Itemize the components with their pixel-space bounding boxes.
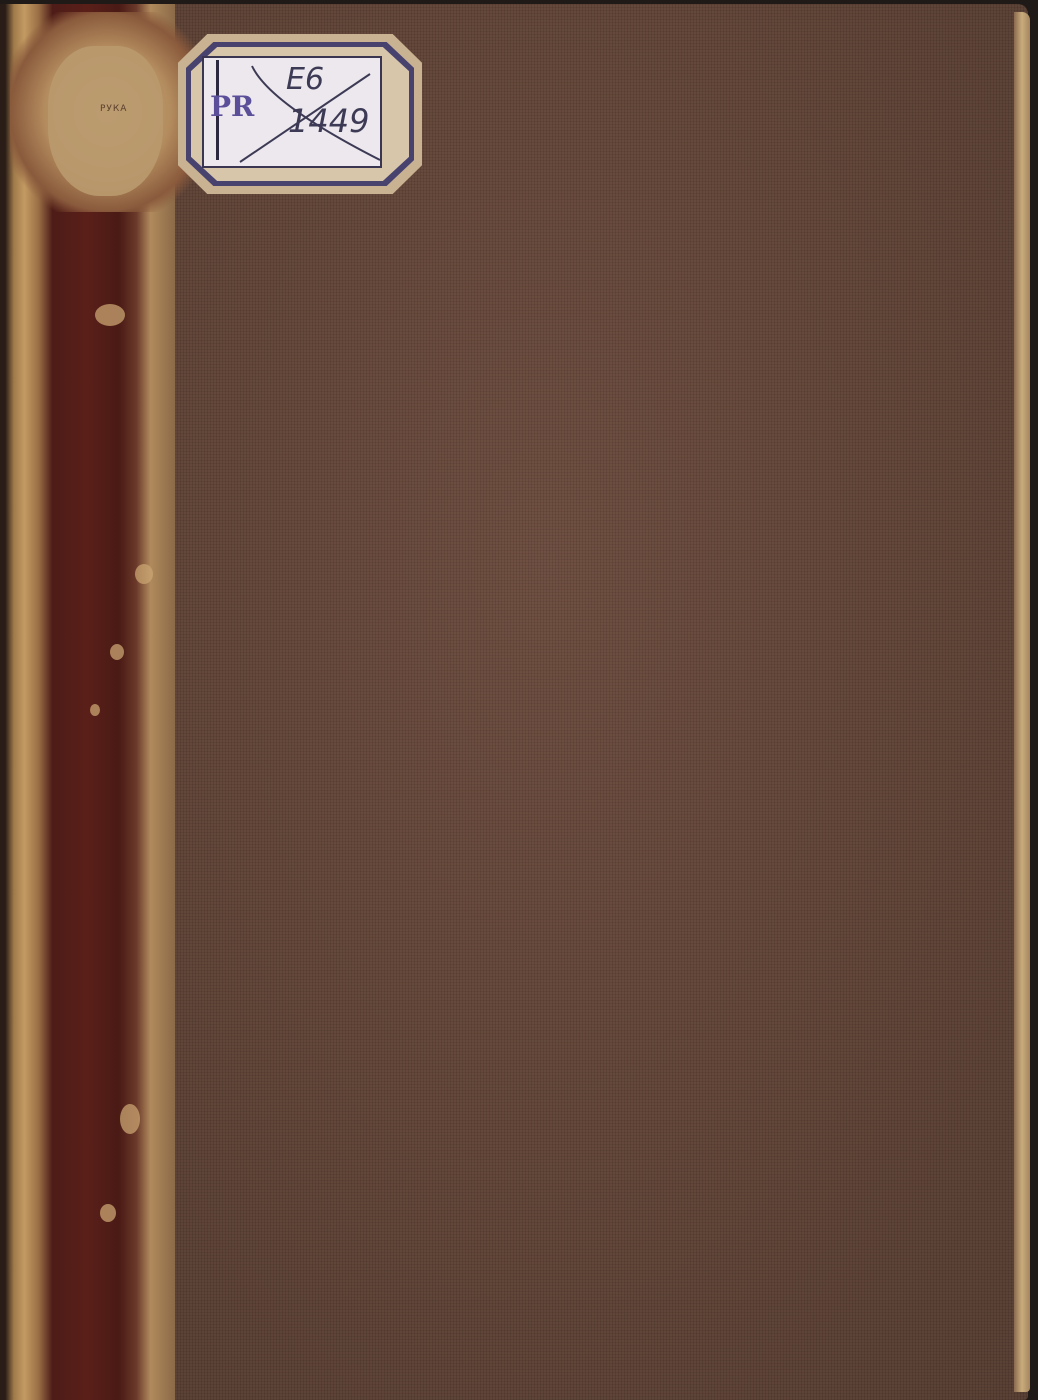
spine-faded-text: РУКА	[100, 104, 127, 114]
leather-spine	[0, 4, 175, 1400]
wear-spot	[120, 1104, 140, 1134]
wear-spot	[100, 1204, 116, 1222]
cloth-cover	[150, 4, 1028, 1400]
wear-spot	[90, 704, 100, 716]
book: РУКА PR E6 1449	[0, 4, 1030, 1400]
wear-spot	[135, 564, 153, 584]
wear-spot	[110, 644, 124, 660]
strike-through-mark	[230, 64, 380, 164]
spine-title-patch	[48, 46, 163, 196]
wear-spot	[95, 304, 125, 326]
page-edge	[1014, 12, 1030, 1392]
